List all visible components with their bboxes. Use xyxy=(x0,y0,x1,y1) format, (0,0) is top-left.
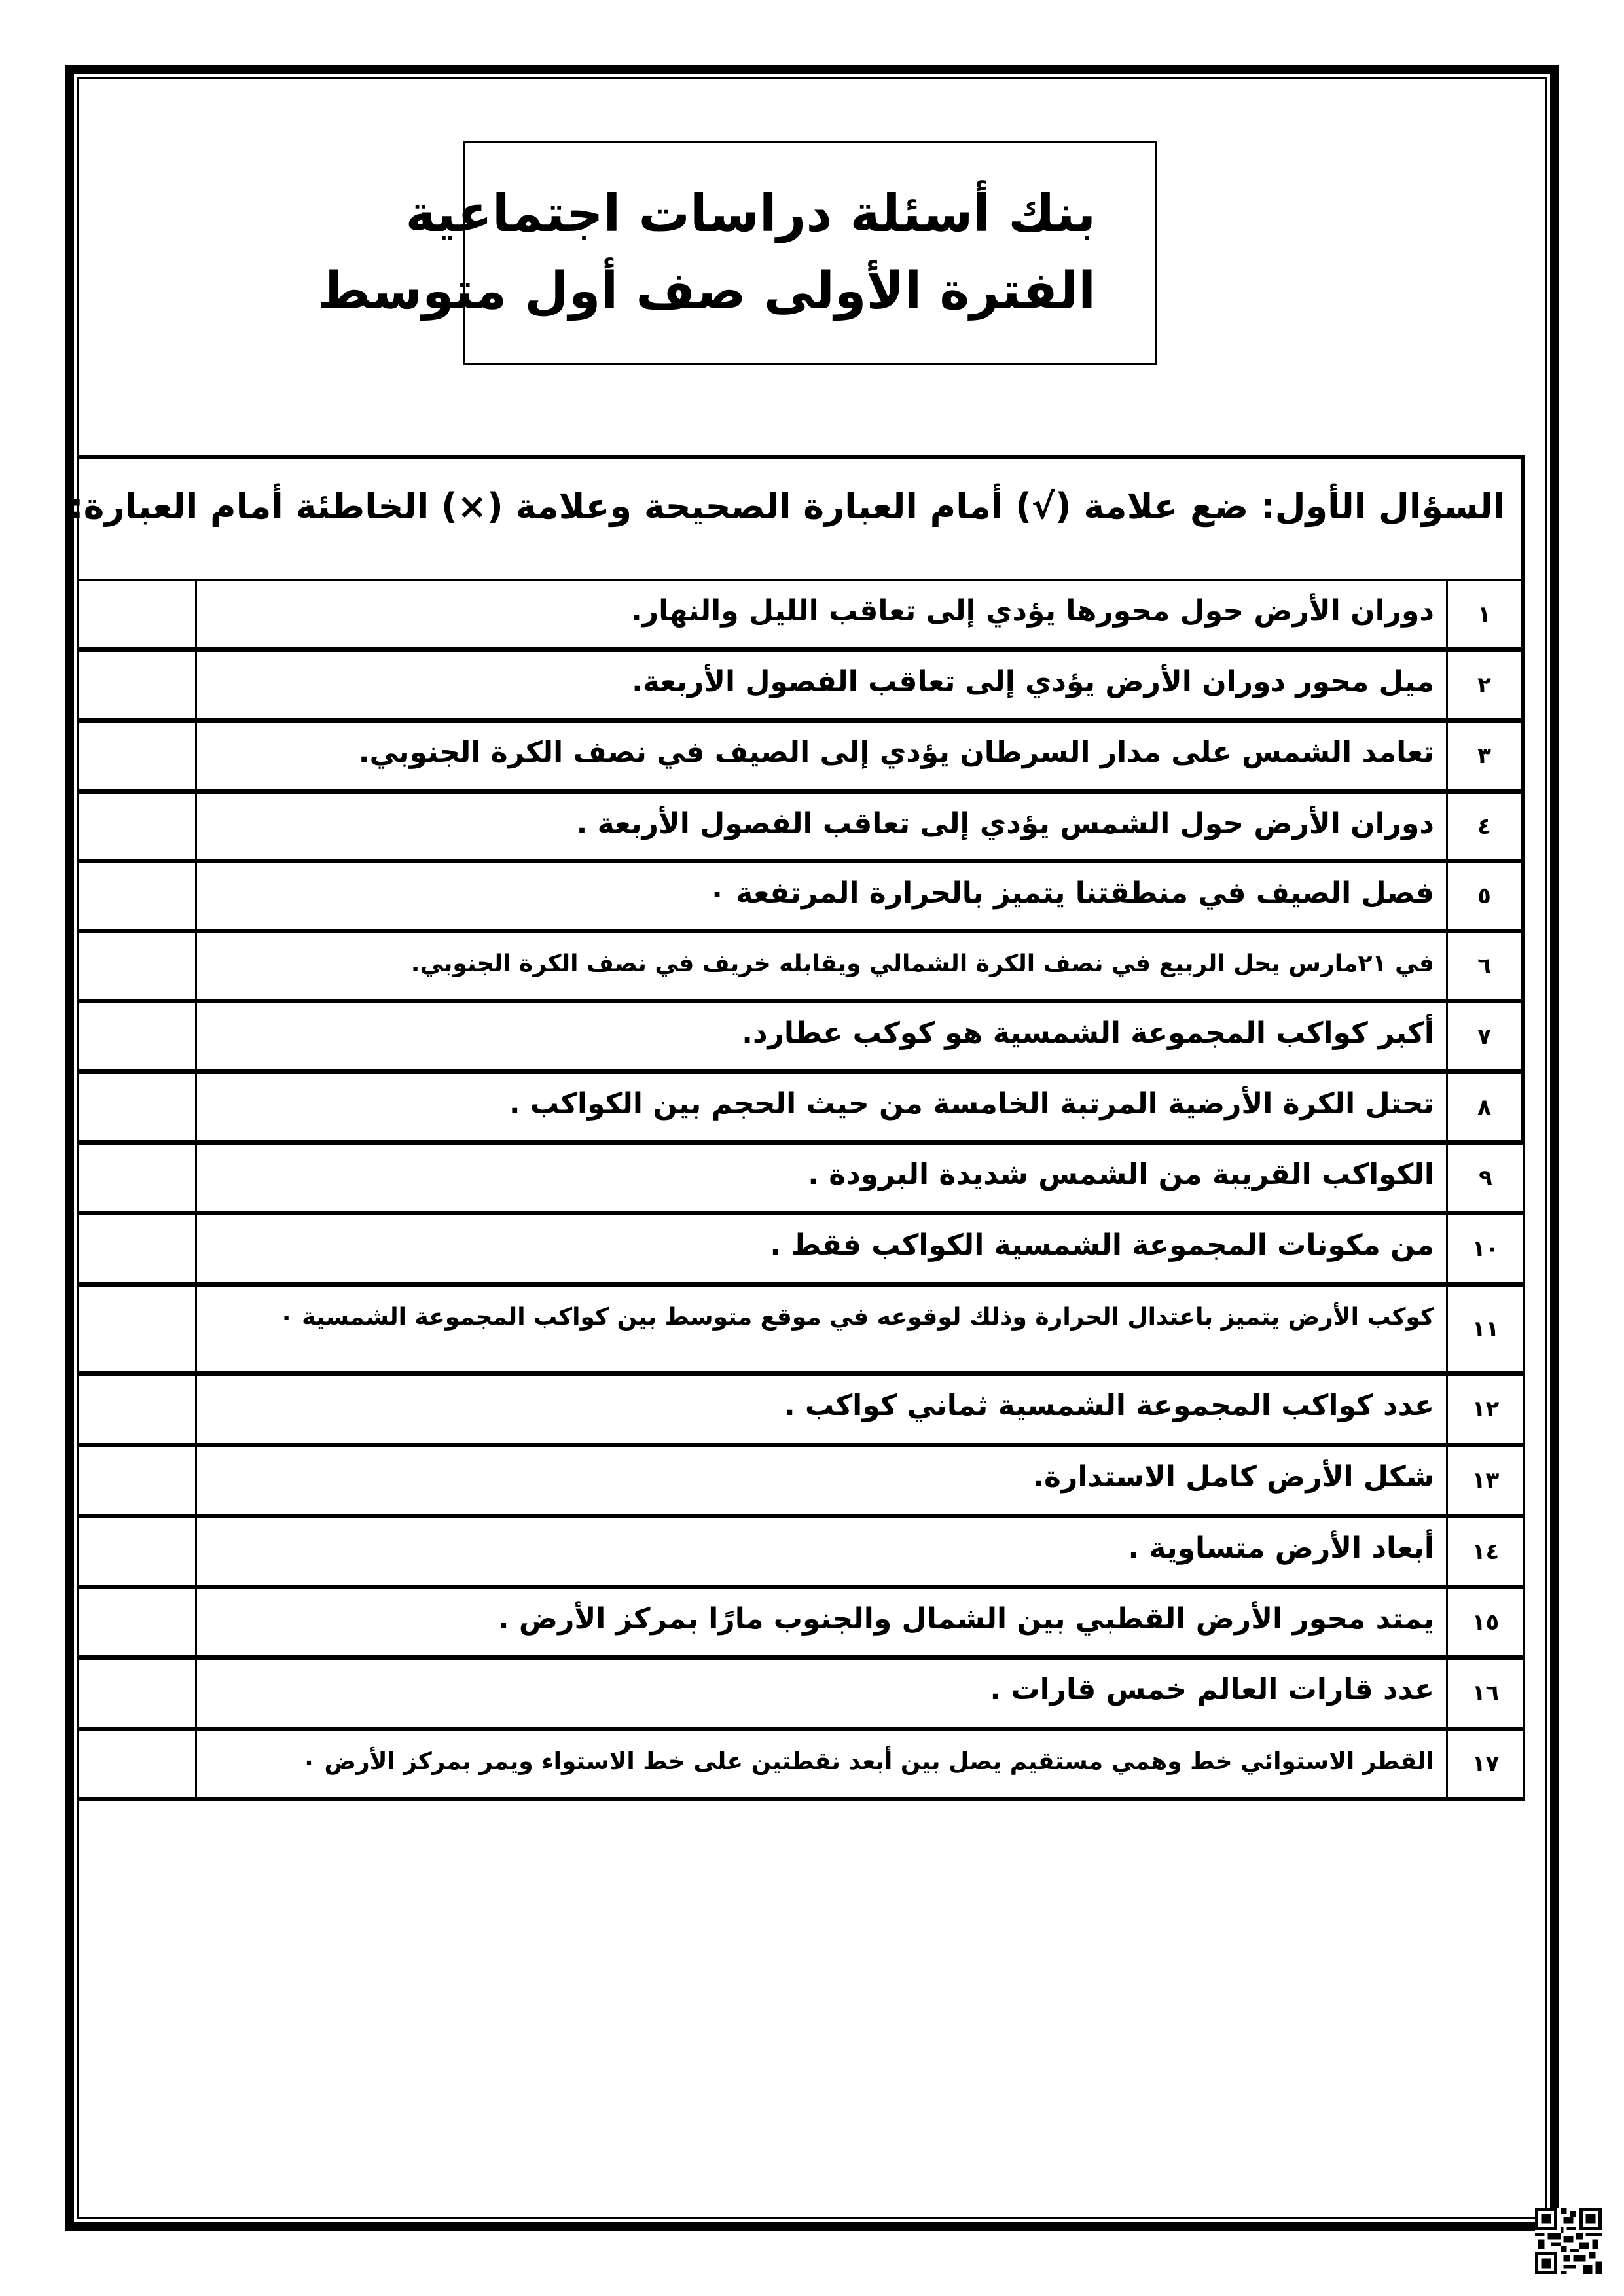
answer-cell[interactable] xyxy=(77,1074,195,1140)
table-row: ٩الكواكب القريبة من الشمس شديدة البرودة … xyxy=(77,1145,1525,1215)
item-number: ١٢ xyxy=(1446,1376,1525,1443)
table-row: ١٦عدد قارات العالم خمس قارات . xyxy=(77,1660,1525,1731)
item-number: ٣ xyxy=(1446,723,1525,789)
table-row: ٦في ٢١مارس يحل الربيع في نصف الكرة الشما… xyxy=(77,933,1525,1003)
item-number: ٩ xyxy=(1446,1145,1525,1211)
statement-text: كوكب الأرض يتميز باعتدال الحرارة وذلك لو… xyxy=(195,1287,1446,1371)
table-row: ٥فصل الصيف في منطقتنا يتميز بالحرارة الم… xyxy=(77,863,1525,933)
statement-text: شكل الأرض كامل الاستدارة. xyxy=(195,1447,1446,1514)
qr-code-icon xyxy=(1535,2208,1602,2274)
question-instructions: السؤال الأول: ضع علامة (√) أمام العبارة … xyxy=(69,486,1505,527)
statement-text: تحتل الكرة الأرضية المرتبة الخامسة من حي… xyxy=(195,1074,1446,1140)
answer-cell[interactable] xyxy=(77,1145,195,1211)
answer-cell[interactable] xyxy=(77,1731,195,1797)
item-number: ٧ xyxy=(1446,1003,1525,1069)
item-number: ١٣ xyxy=(1446,1447,1525,1514)
item-number: ١٠ xyxy=(1446,1215,1525,1282)
answer-cell[interactable] xyxy=(77,1589,195,1655)
answer-cell[interactable] xyxy=(77,652,195,718)
item-number: ١٦ xyxy=(1446,1660,1525,1727)
question-rows: ١دوران الأرض حول محورها يؤدي إلى تعاقب ا… xyxy=(77,581,1525,1801)
statement-text: دوران الأرض حول الشمس يؤدي إلى تعاقب الف… xyxy=(195,794,1446,859)
table-row: ٨تحتل الكرة الأرضية المرتبة الخامسة من ح… xyxy=(77,1074,1525,1145)
answer-cell[interactable] xyxy=(77,723,195,789)
question-header: السؤال الأول: ضع علامة (√) أمام العبارة … xyxy=(77,455,1525,581)
statement-text: يمتد محور الأرض القطبي بين الشمال والجنو… xyxy=(195,1589,1446,1655)
statement-text: في ٢١مارس يحل الربيع في نصف الكرة الشمال… xyxy=(195,933,1446,999)
statement-text: تعامد الشمس على مدار السرطان يؤدي إلى ال… xyxy=(195,723,1446,789)
table-row: ١٠من مكونات المجموعة الشمسية الكواكب فقط… xyxy=(77,1215,1525,1287)
item-number: ١٥ xyxy=(1446,1589,1525,1655)
table-row: ٤دوران الأرض حول الشمس يؤدي إلى تعاقب ال… xyxy=(77,794,1525,863)
answer-cell[interactable] xyxy=(77,1660,195,1727)
statement-text: عدد قارات العالم خمس قارات . xyxy=(195,1660,1446,1727)
table-row: ١٣شكل الأرض كامل الاستدارة. xyxy=(77,1447,1525,1518)
table-row: ١١كوكب الأرض يتميز باعتدال الحرارة وذلك … xyxy=(77,1287,1525,1376)
answer-cell[interactable] xyxy=(77,581,195,647)
table-row: ١٤أبعاد الأرض متساوية . xyxy=(77,1518,1525,1589)
item-number: ٦ xyxy=(1446,933,1525,999)
answer-cell[interactable] xyxy=(77,1287,195,1371)
statement-text: من مكونات المجموعة الشمسية الكواكب فقط . xyxy=(195,1215,1446,1282)
answer-cell[interactable] xyxy=(77,794,195,859)
item-number: ١٧ xyxy=(1446,1731,1525,1797)
document-subtitle: الفترة الأولى صف أول متوسط xyxy=(317,253,1096,330)
item-number: ١ xyxy=(1446,581,1525,647)
statement-text: الكواكب القريبة من الشمس شديدة البرودة . xyxy=(195,1145,1446,1211)
statement-text: أبعاد الأرض متساوية . xyxy=(195,1518,1446,1585)
table-row: ١٢عدد كواكب المجموعة الشمسية ثماني كواكب… xyxy=(77,1376,1525,1447)
statement-text: ميل محور دوران الأرض يؤدي إلى تعاقب الفص… xyxy=(195,652,1446,718)
item-number: ٢ xyxy=(1446,652,1525,718)
table-row: ٣تعامد الشمس على مدار السرطان يؤدي إلى ا… xyxy=(77,723,1525,794)
statement-text: عدد كواكب المجموعة الشمسية ثماني كواكب . xyxy=(195,1376,1446,1443)
answer-cell[interactable] xyxy=(77,863,195,929)
statement-text: دوران الأرض حول محورها يؤدي إلى تعاقب ال… xyxy=(195,581,1446,647)
answer-cell[interactable] xyxy=(77,1003,195,1069)
item-number: ٨ xyxy=(1446,1074,1525,1140)
answer-cell[interactable] xyxy=(77,1376,195,1443)
question-table: السؤال الأول: ضع علامة (√) أمام العبارة … xyxy=(77,455,1525,1801)
item-number: ١٤ xyxy=(1446,1518,1525,1585)
table-row: ١دوران الأرض حول محورها يؤدي إلى تعاقب ا… xyxy=(77,581,1525,652)
answer-cell[interactable] xyxy=(77,1518,195,1585)
document-title: بنك أسئلة دراسات اجتماعية xyxy=(406,175,1096,253)
table-row: ١٥يمتد محور الأرض القطبي بين الشمال والج… xyxy=(77,1589,1525,1660)
item-number: ٤ xyxy=(1446,794,1525,859)
title-box: بنك أسئلة دراسات اجتماعية الفترة الأولى … xyxy=(463,141,1157,365)
answer-cell[interactable] xyxy=(77,1447,195,1514)
statement-text: أكبر كواكب المجموعة الشمسية هو كوكب عطار… xyxy=(195,1003,1446,1069)
item-number: ٥ xyxy=(1446,863,1525,929)
statement-text: القطر الاستوائي خط وهمي مستقيم يصل بين أ… xyxy=(195,1731,1446,1797)
answer-cell[interactable] xyxy=(77,933,195,999)
table-row: ٧أكبر كواكب المجموعة الشمسية هو كوكب عطا… xyxy=(77,1003,1525,1074)
statement-text: فصل الصيف في منطقتنا يتميز بالحرارة المر… xyxy=(195,863,1446,929)
table-row: ١٧القطر الاستوائي خط وهمي مستقيم يصل بين… xyxy=(77,1731,1525,1801)
table-row: ٢ميل محور دوران الأرض يؤدي إلى تعاقب الف… xyxy=(77,652,1525,723)
item-number: ١١ xyxy=(1446,1287,1525,1371)
answer-cell[interactable] xyxy=(77,1215,195,1282)
